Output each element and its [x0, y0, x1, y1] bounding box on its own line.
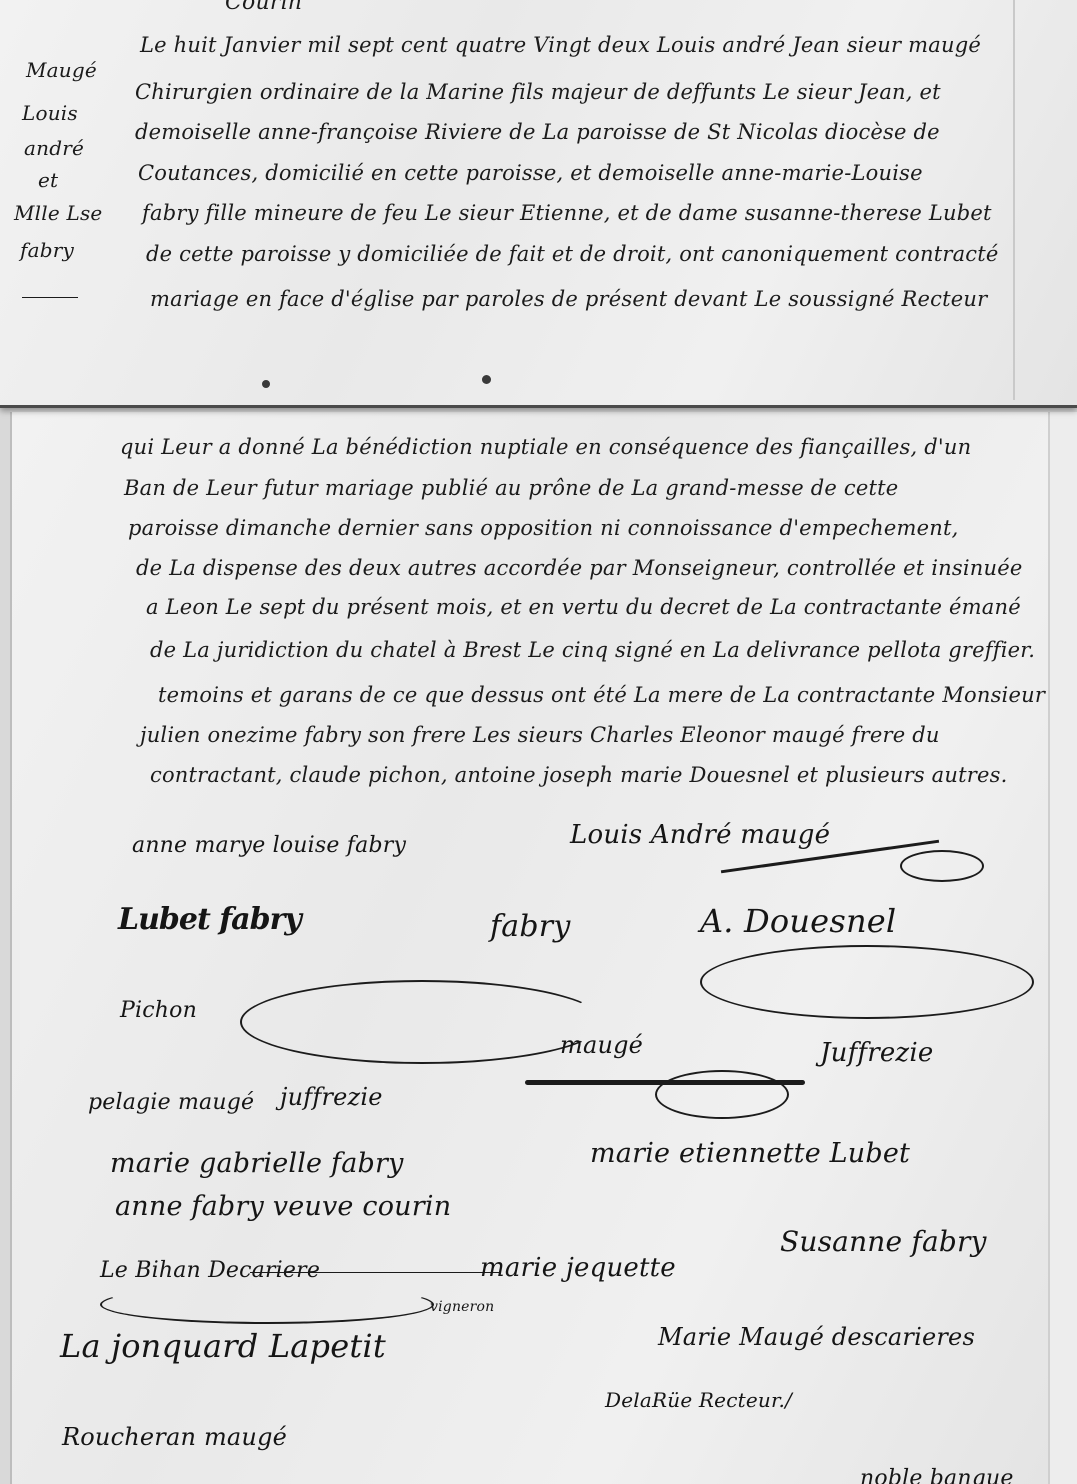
signature: marie etiennette Lubet [590, 1140, 910, 1167]
text-line: paroisse dimanche dernier sans oppositio… [128, 518, 958, 539]
next-page-edge [1048, 412, 1077, 1484]
text-line: demoiselle anne-françoise Riviere de La … [135, 122, 940, 143]
signature: Susanne fabry [780, 1228, 987, 1256]
signature: Roucheran maugé [62, 1425, 287, 1449]
header-fragment: Courin [225, 0, 302, 14]
upper-register-page: Courin Maugé Louis andré et Mlle Lse fab… [0, 0, 1077, 408]
signature: DelaRüe Recteur./ [605, 1390, 792, 1410]
signature: marie jequette [480, 1255, 676, 1281]
ink-spot [482, 375, 491, 384]
text-line: de La juridiction du chatel à Brest Le c… [150, 640, 1035, 661]
signature: pelagie maugé [88, 1092, 254, 1114]
signature: anne marye louise fabry [132, 835, 406, 857]
signature: marie gabrielle fabry [110, 1150, 404, 1177]
margin-line: Louis [22, 103, 78, 123]
text-line: Coutances, domicilié en cette paroisse, … [138, 163, 923, 184]
signature: La jonquard Lapetit [60, 1330, 386, 1362]
margin-line: fabry [20, 240, 74, 260]
text-line: de cette paroisse y domiciliée de fait e… [146, 244, 999, 265]
signature-flourish [900, 850, 984, 882]
signature: Louis André maugé [570, 822, 830, 848]
signature: A. Douesnel [700, 905, 896, 937]
margin-line: andré [24, 138, 84, 158]
margin-line: et [38, 170, 58, 190]
signature: juffrezie [280, 1085, 383, 1109]
page-curl-edge [1013, 0, 1059, 400]
text-line: Ban de Leur futur mariage publié au prôn… [124, 478, 898, 499]
text-line: de La dispense des deux autres accordée … [136, 558, 1023, 579]
signature: Juffrezie [820, 1040, 933, 1066]
signature: vigneron [430, 1300, 494, 1314]
text-line: julien onezime fabry son frere Les sieur… [140, 725, 940, 746]
signature-flourish [250, 1272, 500, 1273]
margin-underline [22, 297, 78, 298]
text-line: Chirurgien ordinaire de la Marine fils m… [135, 82, 941, 103]
signature: Pichon [120, 1000, 197, 1022]
text-line: qui Leur a donné La bénédiction nuptiale… [120, 437, 971, 458]
margin-line: Maugé [26, 60, 97, 80]
text-line: fabry fille mineure de feu Le sieur Etie… [142, 203, 992, 224]
signature: Le Bihan Decariere [100, 1260, 320, 1282]
signature-flourish [240, 980, 604, 1064]
text-line: a Leon Le sept du présent mois, et en ve… [146, 597, 1021, 618]
signature: anne fabry veuve courin [115, 1193, 451, 1220]
signature: maugé [560, 1033, 643, 1057]
signature-flourish [100, 1285, 434, 1324]
signature-flourish [700, 945, 1034, 1019]
text-line: Le huit Janvier mil sept cent quatre Vin… [140, 35, 981, 56]
text-line: mariage en face d'église par paroles de … [150, 289, 987, 310]
signature: Lubet fabry [118, 905, 301, 935]
signature: fabry [490, 912, 570, 942]
signature-fragment: noble banque [860, 1468, 1014, 1484]
signature-flourish [655, 1070, 789, 1119]
margin-line: Mlle Lse [14, 203, 102, 223]
ink-spot [262, 380, 270, 388]
signature: Marie Maugé descarieres [658, 1325, 975, 1349]
text-line: contractant, claude pichon, antoine jose… [150, 765, 1007, 786]
text-line: temoins et garans de ce que dessus ont é… [158, 685, 1045, 706]
